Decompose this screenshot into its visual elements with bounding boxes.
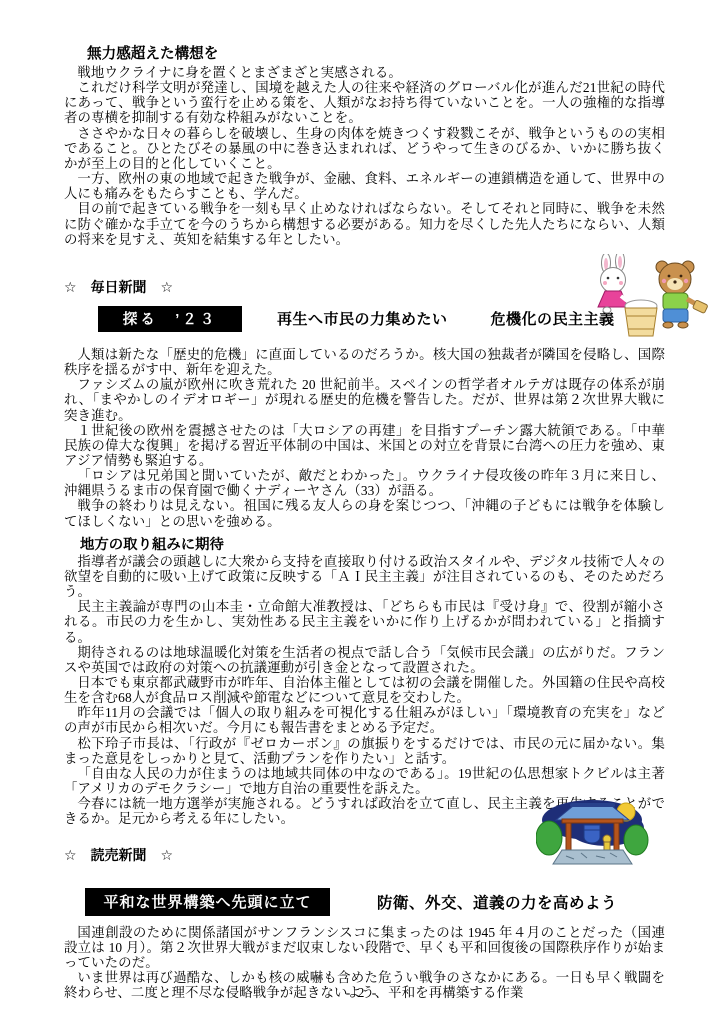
body-paragraph: ささやかな日々の暮らしを破壊し、生身の肉体を焼きつくす殺戮こそが、戦争というもの… [64,126,665,171]
body-paragraph: 松下玲子市長は、「行政が『ゼロカーボン』の旗振りをするだけでは、市民の元に届かな… [64,736,665,766]
body-paragraph: 民主主義論が専門の山本圭・立命館大准教授は、「どちらも市民は『受け身』で、役割が… [64,599,665,644]
mainichi-paragraphs: 人類は新たな「歴史的危機」に直面しているのだろうか。核大国の独裁者が隣国を侵略し… [64,347,665,529]
yomiuri-editorial-badge: 平和な世界構築へ先頭に立て [85,888,330,916]
body-paragraph: 一方、欧州の東の地域で起きた戦争が、金融、食料、エネルギーの連鎖構造を通して、世… [64,171,665,201]
body-paragraph: 期待されるのは地球温暖化対策を生活者の視点で話し合う「気候市民会議」の広がりだ。… [64,645,665,675]
body-paragraph: 日本でも東京都武蔵野市が昨年、自治体主催としては初の会議を開催した。外国籍の住民… [64,675,665,705]
intro-heading: 無力感超えた構想を [87,46,665,63]
body-paragraph: ファシズムの嵐が欧州に吹き荒れた 20 世紀前半。スペインの哲学者オルテガは既存… [64,377,665,422]
body-paragraph: 国連創設のために関係諸国がサンフランシスコに集まったのは 1945 年４月のこと… [64,925,665,970]
body-paragraph: 戦地ウクライナに身を置くとまざまざと実感される。 [64,65,665,80]
mochi-pounding-rabbit-and-bear-clipart [575,254,710,342]
body-paragraph: 戦争の終わりは見えない。祖国に残る友人らの身を案じつつ、「沖縄の子どもには戦争を… [64,498,665,528]
body-paragraph: 目の前で起きている戦争を一刻も早く止めなければならない。そしてそれと同時に、戦争… [64,201,665,246]
intro-paragraphs: 戦地ウクライナに身を置くとまざまざと実感される。 これだけ科学文明が発達し、国境… [64,65,665,247]
body-paragraph: 「ロシアは兄弟国と聞いていたが、敵だとわかった」。ウクライナ侵攻後の昨年３月に来… [64,468,665,498]
mainichi-headline-left: 再生へ市民の力集めたい [277,308,448,329]
new-year-temple-bell-clipart [536,798,649,866]
mainichi-series-badge: 探る ’２３ [98,306,242,332]
body-paragraph: これだけ科学文明が発達し、国境を越えた人の往来や経済のグローバル化が進んだ21世… [64,80,665,125]
body-paragraph: １世紀後の欧州を震撼させたのは「大ロシアの再建」を目指すプーチン露大統領である。… [64,423,665,468]
body-paragraph: 「自由な人民の力が住まうのは地域共同体の中なのである」。19世紀の仏思想家トクビ… [64,766,665,796]
body-paragraph: 人類は新たな「歴史的危機」に直面しているのだろうか。核大国の独裁者が隣国を侵略し… [64,347,665,377]
yomiuri-headline-row: 平和な世界構築へ先頭に立て 防衛、外交、道義の力を高めよう [64,888,665,916]
mainichi-subparagraphs: 指導者が議会の頭越しに大衆から支持を直接取り付ける政治スタイルや、デジタル技術で… [64,554,665,827]
body-paragraph: 指導者が議会の頭越しに大衆から支持を直接取り付ける政治スタイルや、デジタル技術で… [64,554,665,599]
yomiuri-headline: 防衛、外交、道義の力を高めよう [377,891,617,913]
mainichi-subheading: 地方の取り組みに期待 [80,537,665,553]
document-page: 無力感超えた構想を 戦地ウクライナに身を置くとまざまざと実感される。 これだけ科… [0,0,724,1023]
page-number: - 2 - [0,985,724,1001]
body-paragraph: 昨年11月の会議では「個人の取り組みを可視化する仕組みがほしい」「環境教育の充実… [64,705,665,735]
